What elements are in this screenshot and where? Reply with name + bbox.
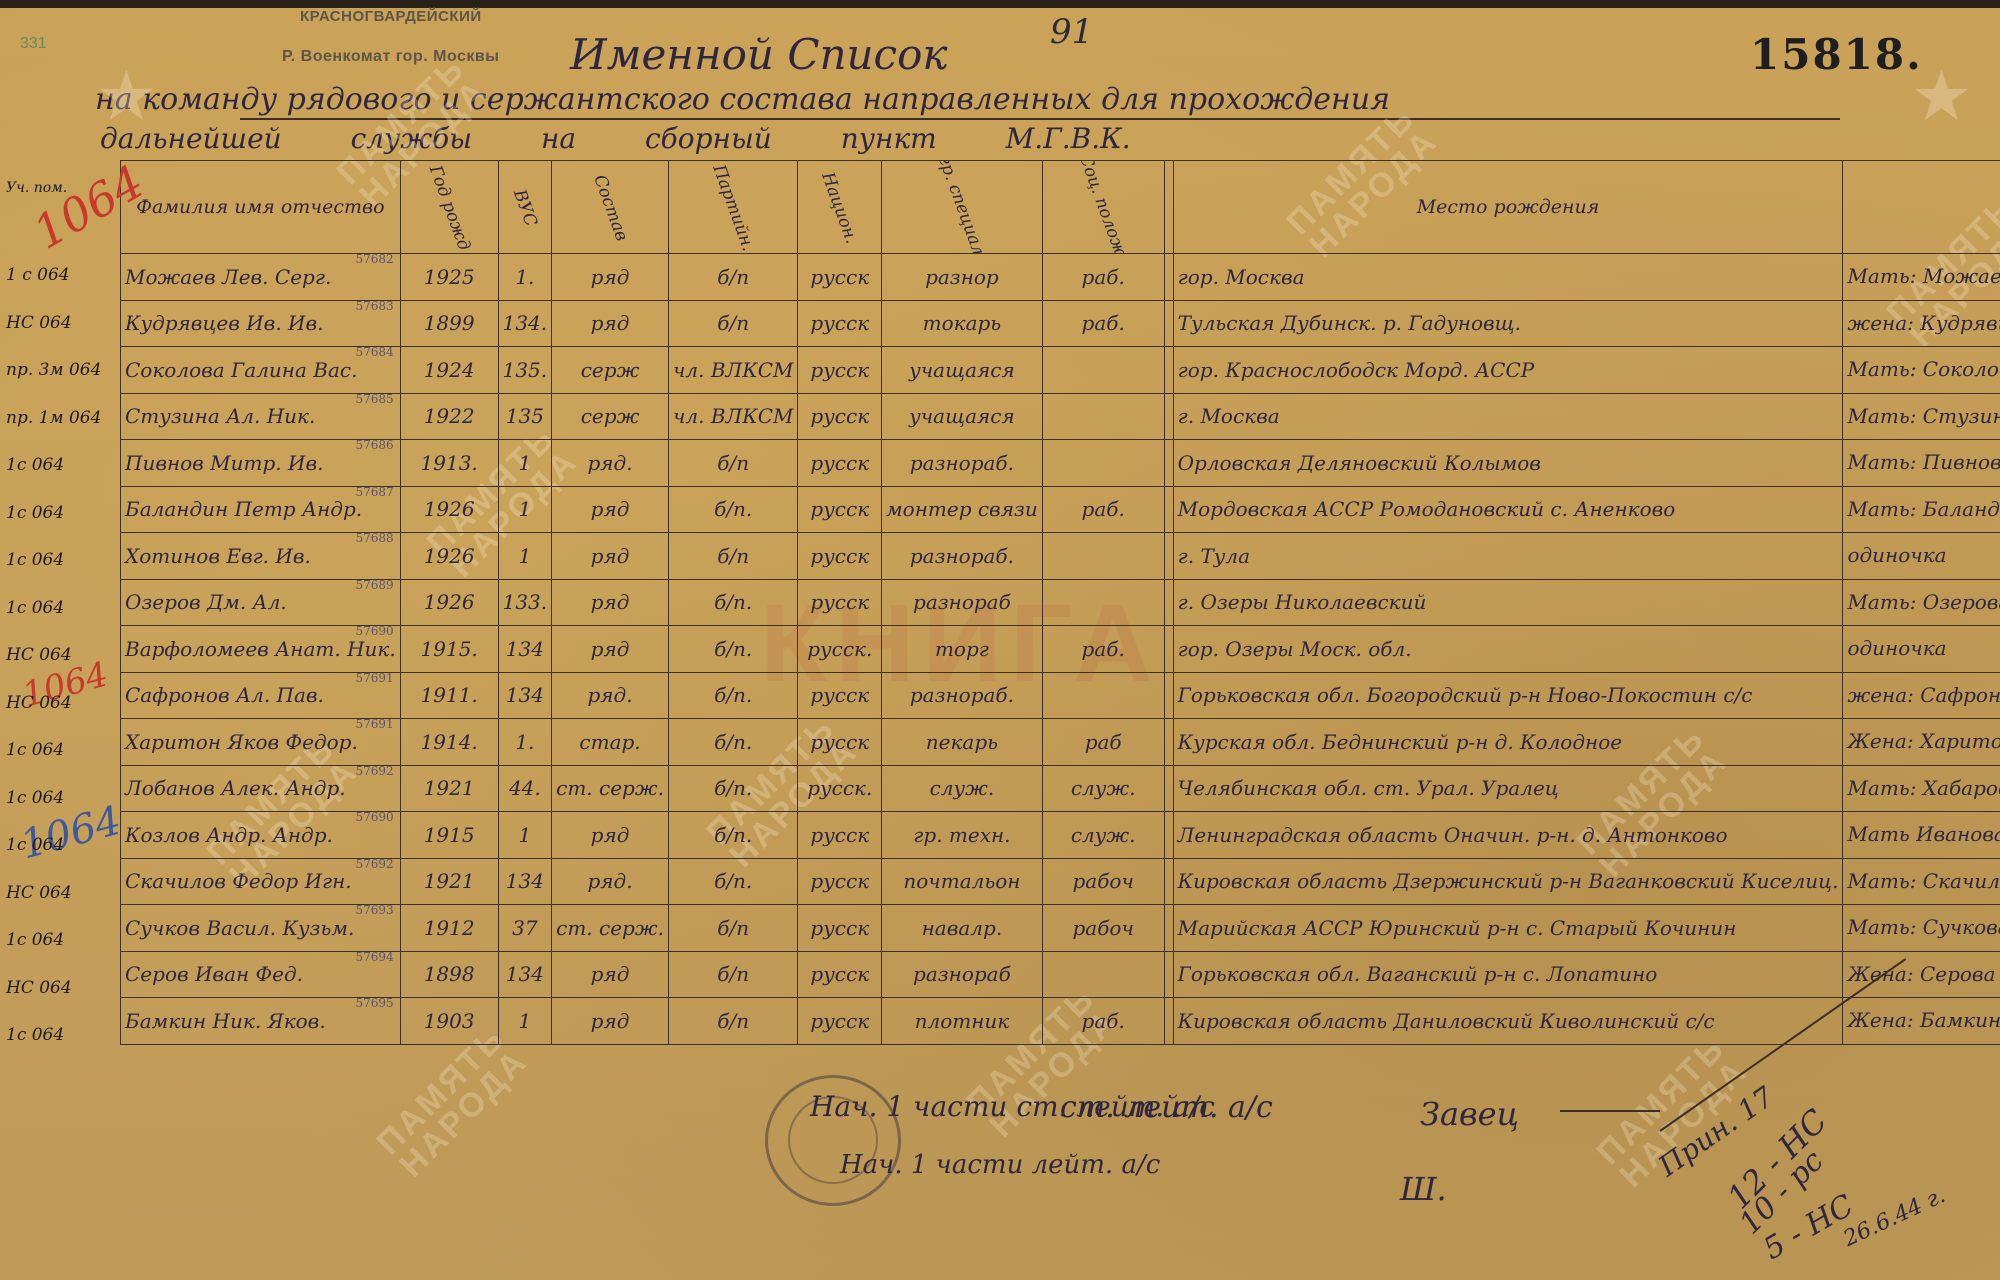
cell-nationality: русск (798, 998, 882, 1045)
cell-vus: 1. (498, 254, 552, 301)
cell-empty (1164, 347, 1173, 394)
cell-party: чл. ВЛКСМ (668, 347, 798, 394)
cell-empty (1164, 998, 1173, 1045)
cell-empty (1164, 672, 1173, 719)
cell-specialty: разнораб. (882, 533, 1043, 580)
issuing-office-stamp-line2: Р. Военкомат гор. Москвы (282, 48, 499, 66)
record-id: 57691 (356, 719, 394, 732)
cell-social: раб. (1042, 626, 1164, 673)
table-row: 57693Сучков Васил. Кузьм.191237ст. серж.… (121, 905, 2000, 952)
cell-social: рабоч (1042, 858, 1164, 905)
record-id: 57689 (356, 579, 394, 592)
cell-rank: ряд (552, 486, 669, 533)
table-row: 57684Соколова Галина Вас.1924135.сержчл.… (121, 347, 2000, 394)
record-id: 57695 (356, 998, 394, 1011)
cell-name: 57690Козлов Андр. Андр. (121, 812, 401, 859)
record-id: 57690 (356, 626, 394, 639)
person-name: Серов Иван Фед. (125, 962, 303, 986)
cell-name: 57691Сафронов Ал. Пав. (121, 672, 401, 719)
cell-party: б/п (668, 300, 798, 347)
person-name: Соколова Галина Вас. (125, 358, 357, 382)
cell-nationality: русск (798, 579, 882, 626)
cell-birth-year: 1926 (400, 533, 498, 580)
cell-name: 57683Кудрявцев Ив. Ив. (121, 300, 401, 347)
cell-name: 57692Скачилов Федор Игн. (121, 858, 401, 905)
cell-birthplace: Тульская Дубинск. р. Гадуновщ. (1173, 300, 1843, 347)
cell-empty (1164, 579, 1173, 626)
person-name: Баландин Петр Андр. (125, 497, 362, 521)
cell-birthplace: Ленинградская область Оначин. р-н. д. Ан… (1173, 812, 1843, 859)
cell-vus: 1 (498, 533, 552, 580)
cell-family: Жена: Бамкина Анна Васильевна д. Данилов… (1843, 998, 2000, 1045)
cell-empty (1164, 858, 1173, 905)
cell-specialty: разнораб. (882, 440, 1043, 487)
cell-rank: ряд (552, 812, 669, 859)
document-number: 15818. (1750, 30, 1923, 79)
cell-empty (1164, 905, 1173, 952)
cell-birth-year: 1921 (400, 858, 498, 905)
blue-margin-mark: 1064 (16, 798, 126, 869)
cell-birth-year: 1915. (400, 626, 498, 673)
cell-rank: ст. серж. (552, 905, 669, 952)
person-name: Кудрявцев Ив. Ив. (125, 311, 323, 335)
cell-empty (1164, 486, 1173, 533)
cell-name: 57692Лобанов Алек. Андр. (121, 765, 401, 812)
signature-dash (1560, 1110, 1660, 1112)
cell-empty (1164, 951, 1173, 998)
column-header: гр. специал. (882, 161, 1043, 254)
cell-birth-year: 1903 (400, 998, 498, 1045)
cell-party: б/п (668, 440, 798, 487)
row-margin-mark: 1 с 064 (6, 265, 70, 285)
cell-specialty: монтер связи (882, 486, 1043, 533)
row-margin-mark: 1с 064 (6, 740, 64, 760)
cell-birthplace: гор. Краснослободск Морд. АССР (1173, 347, 1843, 394)
signature-1: Завец (1420, 1095, 1519, 1133)
cell-family: жена: Кудрявцева Александр. Федор. Конст… (1843, 300, 2000, 347)
cell-empty (1164, 719, 1173, 766)
cell-social (1042, 347, 1164, 394)
cell-vus: 44. (498, 765, 552, 812)
cell-rank: ряд. (552, 858, 669, 905)
cell-nationality: русск (798, 719, 882, 766)
table-row: 57690Козлов Андр. Андр.19151рядб/п.русск… (121, 812, 2000, 859)
cell-family: одиночка (1843, 626, 2000, 673)
cell-vus: 134 (498, 951, 552, 998)
table-row: 57685Стузина Ал. Ник.1922135сержчл. ВЛКС… (121, 393, 2000, 440)
column-header: Национ. (798, 161, 882, 254)
cell-nationality: русск (798, 300, 882, 347)
cell-family: Мать: Пивнова Фекла Филипповна Новоселки (1843, 440, 2000, 487)
table-row: 57692Лобанов Алек. Андр.192144.ст. серж.… (121, 765, 2000, 812)
cell-name: 57687Баландин Петр Андр. (121, 486, 401, 533)
document-subtitle-line2: дальнейшей службы на сборный пункт М.Г.В… (100, 122, 1131, 155)
cell-specialty: служ. (882, 765, 1043, 812)
cell-birthplace: г. Тула (1173, 533, 1843, 580)
cell-birthplace: г. Москва (1173, 393, 1843, 440)
record-id: 57692 (356, 765, 394, 778)
row-margin-mark: 1с 064 (6, 788, 64, 808)
column-header-label: Национ. (818, 170, 862, 247)
cell-specialty: гр. техн. (882, 812, 1043, 859)
person-name: Бамкин Ник. Яков. (125, 1009, 326, 1033)
column-header-label: гр. специал. (934, 161, 990, 254)
cell-birth-year: 1925 (400, 254, 498, 301)
cell-name: 57693Сучков Васил. Кузьм. (121, 905, 401, 952)
table-row: 57691Харитон Яков Федор.1914.1.стар.б/п.… (121, 719, 2000, 766)
person-name: Козлов Андр. Андр. (125, 823, 333, 847)
cell-vus: 37 (498, 905, 552, 952)
cell-birthplace: Горьковская обл. Богородский р-н Ново-По… (1173, 672, 1843, 719)
cell-specialty: навалр. (882, 905, 1043, 952)
watermark: ПАМЯТЬНАРОДА (372, 1021, 534, 1183)
cell-nationality: русск (798, 486, 882, 533)
signature-line1-rank: ст. лейт. а/с (1060, 1090, 1273, 1125)
signature-2: Ш. (1400, 1170, 1447, 1208)
cell-name: 57686Пивнов Митр. Ив. (121, 440, 401, 487)
cell-party: б/п. (668, 626, 798, 673)
cell-party: б/п (668, 905, 798, 952)
table-row: 57687Баландин Петр Андр.19261рядб/п.русс… (121, 486, 2000, 533)
cell-party: б/п (668, 951, 798, 998)
cell-name: 57695Бамкин Ник. Яков. (121, 998, 401, 1045)
cell-nationality: русск. (798, 626, 882, 673)
cell-empty (1164, 440, 1173, 487)
cell-family: жена: Сафронова Нина Васильевна т-же 8 Г… (1843, 672, 2000, 719)
cell-social (1042, 951, 1164, 998)
cell-nationality: русск. (798, 765, 882, 812)
cell-specialty: учащаяся (882, 347, 1043, 394)
cell-rank: ряд. (552, 440, 669, 487)
cell-family: Мать: Соколова Елена Григор. там-же (1843, 347, 2000, 394)
cell-vus: 1. (498, 719, 552, 766)
table-row: 57691Сафронов Ал. Пав.1911.134ряд.б/п.ру… (121, 672, 2000, 719)
person-name: Озеров Дм. Ал. (125, 590, 287, 614)
cell-social (1042, 533, 1164, 580)
record-id: 57688 (356, 533, 394, 546)
cell-nationality: русск (798, 393, 882, 440)
row-margin-mark: 1с 064 (6, 550, 64, 570)
cell-social: служ. (1042, 812, 1164, 859)
cell-rank: серж (552, 347, 669, 394)
cell-specialty: токарь (882, 300, 1043, 347)
cell-social (1042, 440, 1164, 487)
row-margin-mark: НС 064 (6, 645, 72, 665)
cell-birthplace: Кировская область Даниловский Киволински… (1173, 998, 1843, 1045)
cell-vus: 135 (498, 393, 552, 440)
cell-birth-year: 1926 (400, 579, 498, 626)
cell-birthplace: гор. Озеры Моск. обл. (1173, 626, 1843, 673)
cell-name: 57691Харитон Яков Федор. (121, 719, 401, 766)
cell-rank: стар. (552, 719, 669, 766)
cell-specialty: разнор (882, 254, 1043, 301)
cell-rank: ряд (552, 300, 669, 347)
cell-specialty: плотник (882, 998, 1043, 1045)
cell-birthplace: Горьковская обл. Ваганский р-н с. Лопати… (1173, 951, 1843, 998)
person-name: Пивнов Митр. Ив. (125, 451, 323, 475)
watermark-star-icon: ★ (1910, 55, 1973, 137)
table-row: 57689Озеров Дм. Ал.1926133.рядб/п.русскр… (121, 579, 2000, 626)
cell-birthplace: Кировская область Дзержинский р-н Ваганк… (1173, 858, 1843, 905)
cell-family: Жена: Серова Анна Николаевна там-же (1843, 951, 2000, 998)
column-header: Место рождения (1173, 161, 1843, 254)
cell-party: б/п. (668, 765, 798, 812)
cell-rank: ст. серж. (552, 765, 669, 812)
row-margin-mark: пр. 3м 064 (6, 360, 101, 380)
column-header-label: ВУС (509, 187, 541, 229)
cell-specialty: разнораб. (882, 672, 1043, 719)
column-header-label: Партийн. (708, 162, 758, 253)
cell-family: Мать Иванова Мария Ивановна д. Антонково (1843, 812, 2000, 859)
cell-social: служ. (1042, 765, 1164, 812)
person-name: Сафронов Ал. Пав. (125, 683, 324, 707)
column-header: Год рожд (400, 161, 498, 254)
column-header: Фамилия имя отчество (121, 161, 401, 254)
row-margin-mark: 1с 064 (6, 835, 64, 855)
column-header (1164, 161, 1173, 254)
cell-rank: ряд. (552, 672, 669, 719)
cell-rank: ряд (552, 579, 669, 626)
cell-specialty: учащаяся (882, 393, 1043, 440)
record-id: 57693 (356, 905, 394, 918)
column-header: Состав семьи и адрес (1843, 161, 2000, 254)
cell-name: 57684Соколова Галина Вас. (121, 347, 401, 394)
cell-rank: ряд (552, 626, 669, 673)
cell-empty (1164, 300, 1173, 347)
cell-family: Мать: Баландина Аграфена Антиповна там-ж… (1843, 486, 2000, 533)
table-row: 57688Хотинов Евг. Ив.19261рядб/прусскраз… (121, 533, 2000, 580)
cell-birth-year: 1899 (400, 300, 498, 347)
cell-social: раб (1042, 719, 1164, 766)
cell-social (1042, 393, 1164, 440)
document-subtitle-line1: на команду рядового и сержантского соста… (95, 82, 1390, 117)
conscript-list-table: Фамилия имя отчество Год рожд ВУС Состав… (120, 160, 2000, 1045)
row-margin-mark: НС 064 (6, 313, 72, 333)
cell-empty (1164, 533, 1173, 580)
cell-nationality: русск (798, 905, 882, 952)
table-body: 57682Можаев Лев. Серг.19251.рядб/прусскр… (121, 254, 2000, 1045)
cell-social: раб. (1042, 300, 1164, 347)
cell-rank: ряд (552, 951, 669, 998)
cell-social (1042, 672, 1164, 719)
cell-party: б/п. (668, 812, 798, 859)
cell-birthplace: Марийская АССР Юринский р-н с. Старый Ко… (1173, 905, 1843, 952)
cell-rank: ряд (552, 998, 669, 1045)
cell-party: б/п (668, 533, 798, 580)
cell-vus: 134. (498, 300, 552, 347)
cell-specialty: пекарь (882, 719, 1043, 766)
cell-birthplace: гор. Москва (1173, 254, 1843, 301)
cell-family: Мать: Скачилова Агафья Ивановна там-же (1843, 858, 2000, 905)
row-margin-mark: 1с 064 (6, 1025, 64, 1045)
cell-vus: 133. (498, 579, 552, 626)
cell-specialty: почтальон (882, 858, 1043, 905)
subtitle-underline (240, 118, 1840, 120)
column-header-label: Год рожд (425, 163, 474, 253)
record-id: 57684 (356, 347, 394, 360)
cell-social: раб. (1042, 486, 1164, 533)
cell-family: Жена: Харитон Софья Петровна (1843, 719, 2000, 766)
document-sheet: 331 КРАСНОГВАРДЕЙСКИЙ Р. Военкомат гор. … (0, 0, 2000, 1280)
column-header: ВУС (498, 161, 552, 254)
cell-vus: 134 (498, 672, 552, 719)
cell-party: чл. ВЛКСМ (668, 393, 798, 440)
cell-specialty: разнораб (882, 951, 1043, 998)
cell-nationality: русск (798, 858, 882, 905)
cell-birth-year: 1913. (400, 440, 498, 487)
record-id: 57690 (356, 812, 394, 825)
cell-birth-year: 1915 (400, 812, 498, 859)
cell-family: Мать: Стузина Ольга. Михайл. пр.кт. 8 (1843, 393, 2000, 440)
cell-social: раб. (1042, 998, 1164, 1045)
cell-social: рабоч (1042, 905, 1164, 952)
row-margin-mark: 1с 064 (6, 455, 64, 475)
table-row: 57686Пивнов Митр. Ив.1913.1ряд.б/прусскр… (121, 440, 2000, 487)
column-header: Состав (552, 161, 669, 254)
cell-party: б/п. (668, 486, 798, 533)
watermark-star-icon: ★ (95, 55, 158, 137)
cell-vus: 135. (498, 347, 552, 394)
cell-party: б/п. (668, 719, 798, 766)
table-row: 57692Скачилов Федор Игн.1921134ряд.б/п.р… (121, 858, 2000, 905)
cell-empty (1164, 393, 1173, 440)
cell-rank: ряд (552, 533, 669, 580)
cell-family: Мать: Хабарова Валент. Васильев. г. Калу… (1843, 765, 2000, 812)
cell-name: 57682Можаев Лев. Серг. (121, 254, 401, 301)
cell-nationality: русск (798, 440, 882, 487)
row-margin-mark: НС 064 (6, 693, 72, 713)
person-name: Лобанов Алек. Андр. (125, 776, 346, 800)
record-id: 57686 (356, 440, 394, 453)
table-row: 57694Серов Иван Фед.1898134рядб/прусскра… (121, 951, 2000, 998)
cell-social (1042, 579, 1164, 626)
cell-birth-year: 1914. (400, 719, 498, 766)
person-name: Харитон Яков Федор. (125, 730, 358, 754)
row-margin-mark: НС 064 (6, 978, 72, 998)
cell-vus: 134 (498, 626, 552, 673)
person-name: Можаев Лев. Серг. (125, 265, 331, 289)
row-margin-mark: 1с 064 (6, 503, 64, 523)
table-row: 57682Можаев Лев. Серг.19251.рядб/прусскр… (121, 254, 2000, 301)
cell-social: раб. (1042, 254, 1164, 301)
person-name: Хотинов Евг. Ив. (125, 544, 311, 568)
cell-party: б/п. (668, 672, 798, 719)
cell-name: 57690Варфоломеев Анат. Ник. (121, 626, 401, 673)
cell-birth-year: 1924 (400, 347, 498, 394)
cell-nationality: русск (798, 533, 882, 580)
cell-family: Мать: Можаева Фекла Ивановна Москва, М. … (1843, 254, 2000, 301)
cell-birth-year: 1912 (400, 905, 498, 952)
cell-family: Мать: Озерова Анфиса Ивановна Николаевск… (1843, 579, 2000, 626)
sheet-number: 91 (1050, 12, 1093, 52)
signature-line2: Нач. 1 части лейт. а/с (840, 1150, 1160, 1180)
column-header-label: Соц. полож. (1074, 161, 1131, 254)
record-id: 57692 (356, 858, 394, 871)
record-id: 57691 (356, 672, 394, 685)
cell-specialty: разнораб (882, 579, 1043, 626)
table-row: 57690Варфоломеев Анат. Ник.1915.134рядб/… (121, 626, 2000, 673)
row-margin-mark: НС 064 (6, 883, 72, 903)
cell-birth-year: 1898 (400, 951, 498, 998)
column-header: Партийн. (668, 161, 798, 254)
cell-family: одиночка (1843, 533, 2000, 580)
scan-border (0, 0, 2000, 8)
record-id: 57683 (356, 300, 394, 313)
cell-party: б/п. (668, 579, 798, 626)
cell-specialty: торг (882, 626, 1043, 673)
cell-party: б/п (668, 998, 798, 1045)
cell-name: 57685Стузина Ал. Ник. (121, 393, 401, 440)
row-margin-mark: 1с 064 (6, 930, 64, 950)
cell-empty (1164, 812, 1173, 859)
cell-birthplace: Челябинская обл. ст. Урал. Уралец (1173, 765, 1843, 812)
cell-empty (1164, 765, 1173, 812)
table-row: 57683Кудрявцев Ив. Ив.1899134.рядб/прусс… (121, 300, 2000, 347)
cell-birth-year: 1926 (400, 486, 498, 533)
record-id: 57685 (356, 393, 394, 406)
cell-party: б/п (668, 254, 798, 301)
cell-family: Мать: Сучкова Анна Петровна там-же (1843, 905, 2000, 952)
table-header-row: Фамилия имя отчество Год рожд ВУС Состав… (121, 161, 2000, 254)
cell-birthplace: Мордовская АССР Ромодановский с. Аненков… (1173, 486, 1843, 533)
cell-birth-year: 1922 (400, 393, 498, 440)
cell-rank: ряд (552, 254, 669, 301)
person-name: Скачилов Федор Игн. (125, 869, 352, 893)
cell-vus: 134 (498, 858, 552, 905)
column-header: Соц. полож. (1042, 161, 1164, 254)
record-id: 57682 (356, 254, 394, 267)
cell-vus: 1 (498, 440, 552, 487)
cell-name: 57689Озеров Дм. Ал. (121, 579, 401, 626)
cell-empty (1164, 254, 1173, 301)
table-row: 57695Бамкин Ник. Яков.19031рядб/прусскпл… (121, 998, 2000, 1045)
cell-nationality: русск (798, 347, 882, 394)
cell-vus: 1 (498, 486, 552, 533)
cell-vus: 1 (498, 812, 552, 859)
cell-name: 57694Серов Иван Фед. (121, 951, 401, 998)
person-name: Варфоломеев Анат. Ник. (125, 637, 396, 661)
cell-name: 57688Хотинов Евг. Ив. (121, 533, 401, 580)
cell-party: б/п. (668, 858, 798, 905)
cell-rank: серж (552, 393, 669, 440)
record-id: 57694 (356, 951, 394, 964)
cell-empty (1164, 626, 1173, 673)
cell-nationality: русск (798, 254, 882, 301)
cell-birthplace: г. Озеры Николаевский (1173, 579, 1843, 626)
row-margin-mark: пр. 1м 064 (6, 408, 101, 428)
cell-birth-year: 1921 (400, 765, 498, 812)
cell-birth-year: 1911. (400, 672, 498, 719)
cell-vus: 1 (498, 998, 552, 1045)
cell-birthplace: Курская обл. Беднинский р-н д. Колодное (1173, 719, 1843, 766)
document-title: Именной Список (570, 30, 947, 79)
row-margin-mark: 1с 064 (6, 598, 64, 618)
person-name: Сучков Васил. Кузьм. (125, 916, 354, 940)
cell-nationality: русск (798, 672, 882, 719)
cell-birthplace: Орловская Деляновский Колымов (1173, 440, 1843, 487)
person-name: Стузина Ал. Ник. (125, 404, 315, 428)
archive-corner-number: 331 (20, 35, 47, 53)
issuing-office-stamp-line1: КРАСНОГВАРДЕЙСКИЙ (300, 8, 482, 25)
column-header-label: Состав (589, 172, 631, 244)
cell-nationality: русск (798, 812, 882, 859)
cell-nationality: русск (798, 951, 882, 998)
record-id: 57687 (356, 486, 394, 499)
